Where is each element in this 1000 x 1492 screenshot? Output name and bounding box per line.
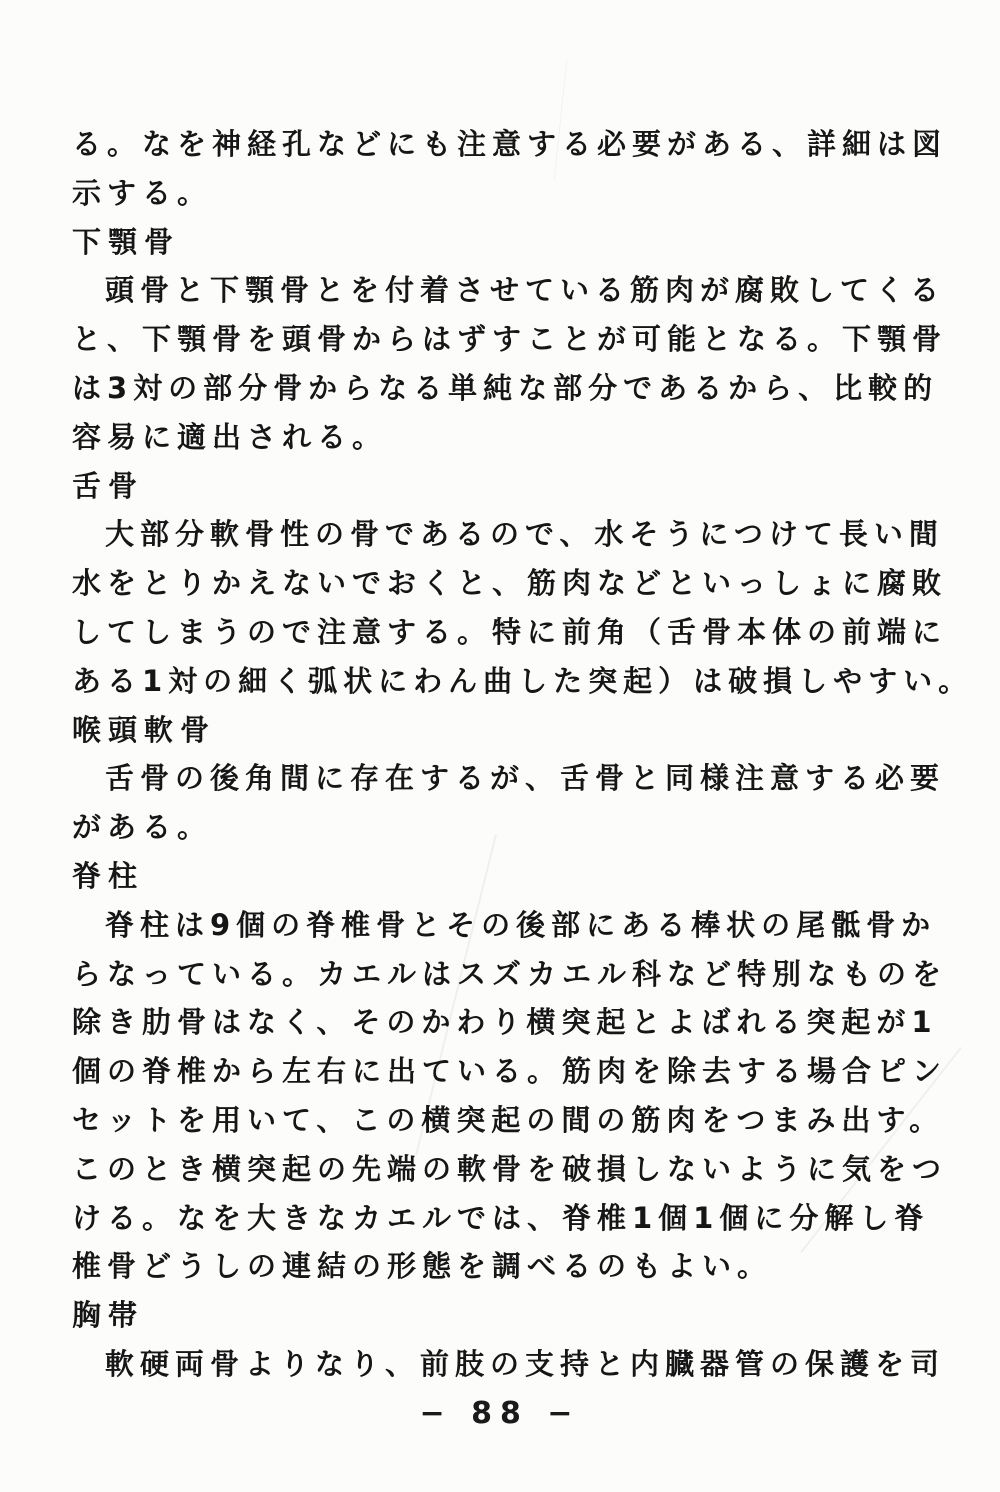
text-line: 水をとりかえないでおくと、筋肉などといっしょに腐敗 [72,563,938,612]
section-heading: 喉頭軟骨 [72,710,938,759]
text-line: がある。 [72,807,938,856]
text-line: 大部分軟骨性の骨であるので、水そうにつけて長い間 [72,514,938,563]
section-heading: 脊柱 [72,856,938,905]
section-heading: 胸帯 [72,1295,938,1344]
section-heading: 舌骨 [72,466,938,515]
text-line: る。なを神経孔などにも注意する必要がある、詳細は図 [72,124,938,173]
text-line: ける。なを大きなカエルでは、脊椎1個1個に分解し脊 [72,1198,938,1247]
text-line: このとき横突起の先端の軟骨を破損しないように気をつ [72,1149,938,1198]
text-line: らなっている。カエルはスズカエル科など特別なものを [72,954,938,1003]
document-text-block: る。なを神経孔などにも注意する必要がある、詳細は図 示する。 下顎骨 頭骨と下顎… [72,124,938,1393]
text-line: 軟硬両骨よりなり、前肢の支持と内臓器管の保護を司 [72,1344,938,1393]
text-line: は3対の部分骨からなる単純な部分であるから、比較的 [72,368,938,417]
text-line: してしまうので注意する。特に前角（舌骨本体の前端に [72,612,938,661]
text-line: 脊柱は9個の脊椎骨とその後部にある棒状の尾骶骨か [72,905,938,954]
text-line: セットを用いて、この横突起の間の筋肉をつまみ出す。 [72,1100,938,1149]
text-line: 示する。 [72,173,938,222]
section-heading: 下顎骨 [72,222,938,271]
text-line: 舌骨の後角間に存在するが、舌骨と同様注意する必要 [72,758,938,807]
scanned-document-page: る。なを神経孔などにも注意する必要がある、詳細は図 示する。 下顎骨 頭骨と下顎… [0,0,1000,1492]
text-line: 容易に適出される。 [72,417,938,466]
text-line: 個の脊椎から左右に出ている。筋肉を除去する場合ピン [72,1051,938,1100]
text-line: 頭骨と下顎骨とを付着させている筋肉が腐敗してくる [72,270,938,319]
text-line: と、下顎骨を頭骨からはずすことが可能となる。下顎骨 [72,319,938,368]
text-line: 除き肋骨はなく、そのかわり横突起とよばれる突起が1 [72,1002,938,1051]
text-line: 椎骨どうしの連結の形態を調べるのもよい。 [72,1246,938,1295]
page-number: − 88 − [0,1396,1000,1431]
text-line: ある1対の細く弧状にわん曲した突起）は破損しやすい。 [72,661,938,710]
